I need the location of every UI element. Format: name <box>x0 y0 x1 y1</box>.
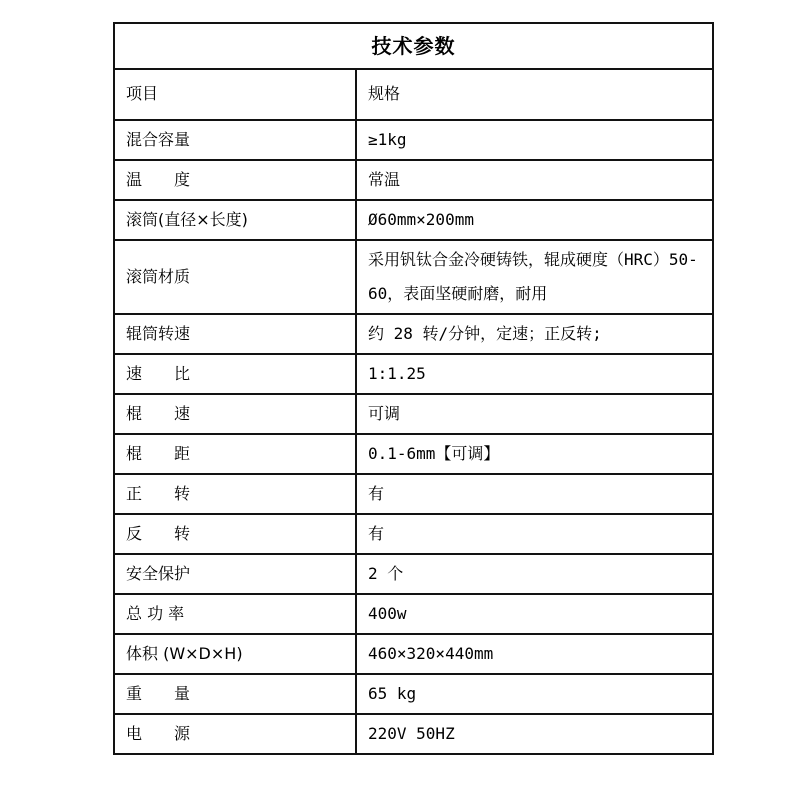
table-row-roller-size: 滚筒(直径×长度) Ø60mm×200mm <box>114 200 713 240</box>
row-value: ≥1kg <box>356 120 713 160</box>
table-row-mixing-capacity: 混合容量 ≥1kg <box>114 120 713 160</box>
table-row-roll-gap: 棍 距 0.1-6mm【可调】 <box>114 434 713 474</box>
row-label: 体积 (W×D×H) <box>114 634 356 674</box>
row-value: 1:1.25 <box>356 354 713 394</box>
column-header-label: 项目 <box>114 69 356 120</box>
row-label: 混合容量 <box>114 120 356 160</box>
row-label: 安全保护 <box>114 554 356 594</box>
row-label: 滚筒材质 <box>114 240 356 314</box>
table-row-forward-rotation: 正 转 有 <box>114 474 713 514</box>
table-title-row: 技术参数 <box>114 23 713 69</box>
table-row-volume: 体积 (W×D×H) 460×320×440mm <box>114 634 713 674</box>
table-title: 技术参数 <box>114 23 713 69</box>
row-label: 重 量 <box>114 674 356 714</box>
spec-table: 技术参数 项目 规格 混合容量 ≥1kg 温 度 常温 滚筒(直径×长度) <box>113 22 714 755</box>
row-value: 2 个 <box>356 554 713 594</box>
row-value: 采用钒钛合金冷硬铸铁，辊成硬度（HRC）50-60，表面坚硬耐磨，耐用 <box>356 240 713 314</box>
row-value: 220V 50HZ <box>356 714 713 754</box>
table-row-roll-speed: 棍 速 可调 <box>114 394 713 434</box>
row-label: 滚筒(直径×长度) <box>114 200 356 240</box>
row-label: 总 功 率 <box>114 594 356 634</box>
row-label: 反 转 <box>114 514 356 554</box>
table-row-speed-ratio: 速 比 1:1.25 <box>114 354 713 394</box>
row-value: 400w <box>356 594 713 634</box>
row-value: 0.1-6mm【可调】 <box>356 434 713 474</box>
table-row-safety-protection: 安全保护 2 个 <box>114 554 713 594</box>
row-value: 约 28 转/分钟，定速；正反转; <box>356 314 713 354</box>
column-header-value: 规格 <box>356 69 713 120</box>
row-label: 电 源 <box>114 714 356 754</box>
row-label: 棍 速 <box>114 394 356 434</box>
table-header-row: 项目 规格 <box>114 69 713 120</box>
table-row-roller-speed: 辊筒转速 约 28 转/分钟，定速；正反转; <box>114 314 713 354</box>
row-value: 常温 <box>356 160 713 200</box>
row-value: Ø60mm×200mm <box>356 200 713 240</box>
spec-table-container: 技术参数 项目 规格 混合容量 ≥1kg 温 度 常温 滚筒(直径×长度) <box>113 22 714 755</box>
row-value: 460×320×440mm <box>356 634 713 674</box>
row-value: 可调 <box>356 394 713 434</box>
table-row-power-supply: 电 源 220V 50HZ <box>114 714 713 754</box>
row-label: 辊筒转速 <box>114 314 356 354</box>
table-row-temperature: 温 度 常温 <box>114 160 713 200</box>
row-label: 速 比 <box>114 354 356 394</box>
row-label: 温 度 <box>114 160 356 200</box>
table-row-weight: 重 量 65 kg <box>114 674 713 714</box>
spec-sheet: 技术参数 项目 规格 混合容量 ≥1kg 温 度 常温 滚筒(直径×长度) <box>0 0 800 800</box>
row-value: 有 <box>356 514 713 554</box>
table-row-roller-material: 滚筒材质 采用钒钛合金冷硬铸铁，辊成硬度（HRC）50-60，表面坚硬耐磨，耐用 <box>114 240 713 314</box>
row-value: 65 kg <box>356 674 713 714</box>
row-label: 正 转 <box>114 474 356 514</box>
row-label: 棍 距 <box>114 434 356 474</box>
table-row-reverse-rotation: 反 转 有 <box>114 514 713 554</box>
row-value: 有 <box>356 474 713 514</box>
table-row-total-power: 总 功 率 400w <box>114 594 713 634</box>
